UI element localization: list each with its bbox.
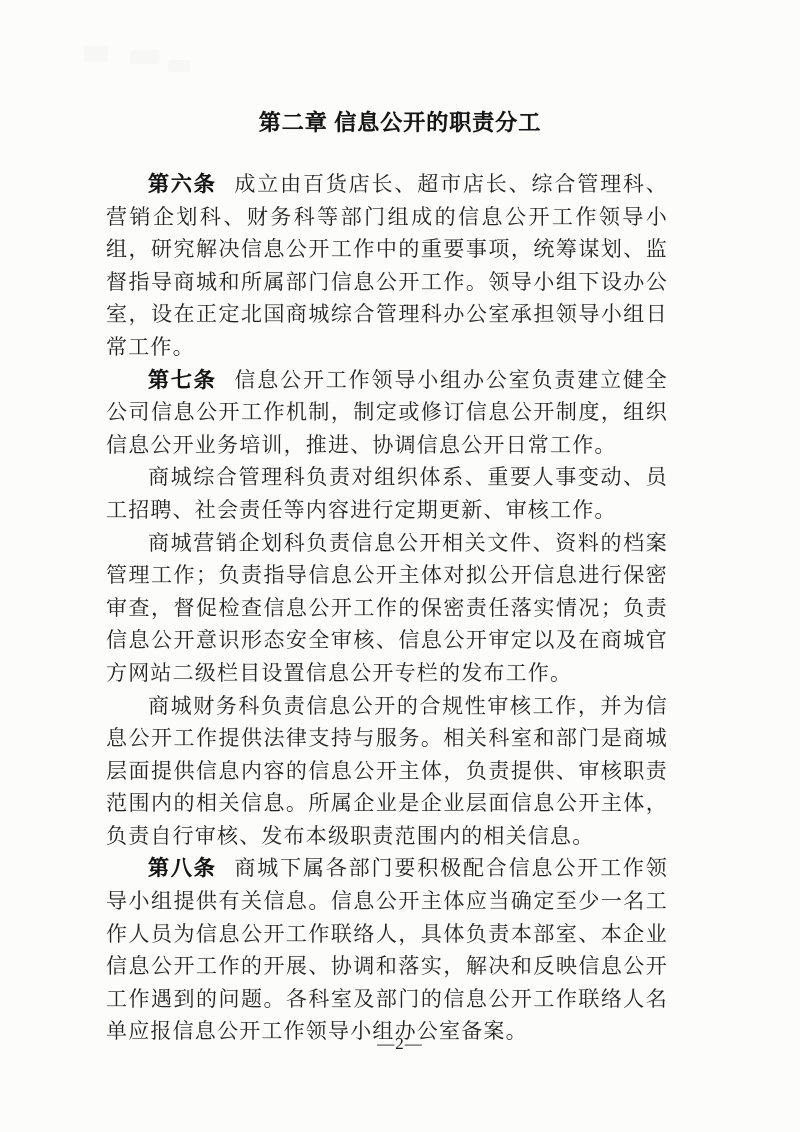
chapter-title: 第二章 信息公开的职责分工 bbox=[0, 106, 800, 137]
paragraph-text: 成立由百货店长、超市店长、综合管理科、营销企划科、财务科等部门组成的信息公开工作… bbox=[106, 172, 668, 359]
document-body: 第六条成立由百货店长、超市店长、综合管理科、营销企划科、财务科等部门组成的信息公… bbox=[106, 168, 668, 1048]
paragraph-finance: 商城财务科负责信息公开的合规性审核工作，并为信息公开工作提供法律支持与服务。相关… bbox=[106, 690, 668, 853]
scan-artifact bbox=[168, 60, 190, 72]
paragraph-marketing-planning: 商城营销企划科负责信息公开相关文件、资料的档案管理工作；负责指导信息公开主体对拟… bbox=[106, 527, 668, 690]
article-number-lead: 第七条 bbox=[148, 368, 217, 392]
paragraph-article-8: 第八条商城下属各部门要积极配合信息公开工作领导小组提供有关信息。信息公开主体应当… bbox=[106, 852, 668, 1048]
paragraph-article-7: 第七条信息公开工作领导小组办公室负责建立健全公司信息公开工作机制，制定或修订信息… bbox=[106, 364, 668, 462]
paragraph-text: 商城财务科负责信息公开的合规性审核工作，并为信息公开工作提供法律支持与服务。相关… bbox=[106, 694, 668, 848]
article-number-lead: 第六条 bbox=[148, 172, 217, 196]
scan-artifact bbox=[130, 50, 160, 64]
paragraph-text: 商城营销企划科负责信息公开相关文件、资料的档案管理工作；负责指导信息公开主体对拟… bbox=[106, 531, 668, 685]
page-number: —2— bbox=[0, 1034, 800, 1054]
paragraph-text: 商城下属各部门要积极配合信息公开工作领导小组提供有关信息。信息公开主体应当确定至… bbox=[106, 856, 668, 1043]
article-number-lead: 第八条 bbox=[148, 856, 217, 880]
scanned-document-page: 第二章 信息公开的职责分工 第六条成立由百货店长、超市店长、综合管理科、营销企划… bbox=[0, 0, 800, 1132]
paragraph-general-management: 商城综合管理科负责对组织体系、重要人事变动、员工招聘、社会责任等内容进行定期更新… bbox=[106, 461, 668, 526]
scan-artifact bbox=[84, 46, 108, 62]
paragraph-article-6: 第六条成立由百货店长、超市店长、综合管理科、营销企划科、财务科等部门组成的信息公… bbox=[106, 168, 668, 364]
paragraph-text: 商城综合管理科负责对组织体系、重要人事变动、员工招聘、社会责任等内容进行定期更新… bbox=[106, 465, 668, 522]
